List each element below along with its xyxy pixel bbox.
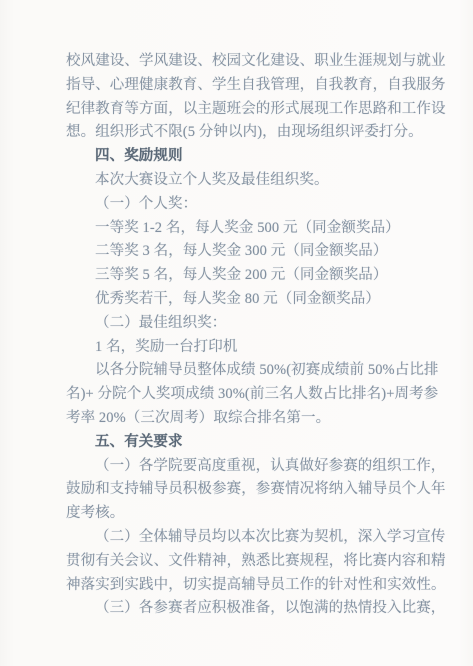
text-line: 一等奖 1-2 名，每人奖金 500 元（同金额奖品） <box>66 217 438 241</box>
text-line: （三）各参赛者应积极准备，以饱满的热情投入比赛， <box>66 597 438 621</box>
document-text-block: 校风建设、学风建设、校园文化建设、职业生涯规划与就业 指导、心理健康教育、学生自… <box>66 50 438 621</box>
text-line: 名)+ 分院个人奖项成绩 30%(前三名人数占比排名)+周考参 <box>66 383 438 407</box>
text-line: 纪律教育等方面，以主题班会的形式展现工作思路和工作设 <box>66 98 438 122</box>
text-line: 神落实到实践中，切实提高辅导员工作的针对性和实效性。 <box>66 574 438 598</box>
text-line: 考率 20%（三次周考）取综合排名第一。 <box>66 407 438 431</box>
text-line: 想。组织形式不限(5 分钟以内)，由现场组织评委打分。 <box>66 121 438 145</box>
text-line: 度考核。 <box>66 502 438 526</box>
text-line: （二）全体辅导员均以本次比赛为契机，深入学习宣传 <box>66 526 438 550</box>
document-page: 校风建设、学风建设、校园文化建设、职业生涯规划与就业 指导、心理健康教育、学生自… <box>0 0 473 666</box>
text-line: （二）最佳组织奖： <box>66 312 438 336</box>
text-line: 鼓励和支持辅导员积极参赛，参赛情况将纳入辅导员个人年 <box>66 478 438 502</box>
text-line: 指导、心理健康教育、学生自我管理，自我教育，自我服务 <box>66 74 438 98</box>
text-line: （一）各学院要高度重视，认真做好参赛的组织工作， <box>66 455 438 479</box>
text-line: 以各分院辅导员整体成绩 50%(初赛成绩前 50%占比排 <box>66 359 438 383</box>
text-line: 1 名，奖励一台打印机 <box>66 336 438 360</box>
section-heading-rewards: 四、奖励规则 <box>66 145 438 169</box>
text-line: 三等奖 5 名，每人奖金 200 元（同金额奖品） <box>66 264 438 288</box>
text-line: 本次大赛设立个人奖及最佳组织奖。 <box>66 169 438 193</box>
text-line: 贯彻有关会议、文件精神，熟悉比赛规程，将比赛内容和精 <box>66 550 438 574</box>
text-line: 优秀奖若干，每人奖金 80 元（同金额奖品） <box>66 288 438 312</box>
text-line: 二等奖 3 名，每人奖金 300 元（同金额奖品） <box>66 240 438 264</box>
section-heading-requirements: 五、有关要求 <box>66 431 438 455</box>
text-line: 校风建设、学风建设、校园文化建设、职业生涯规划与就业 <box>66 50 438 74</box>
text-line: （一）个人奖： <box>66 193 438 217</box>
